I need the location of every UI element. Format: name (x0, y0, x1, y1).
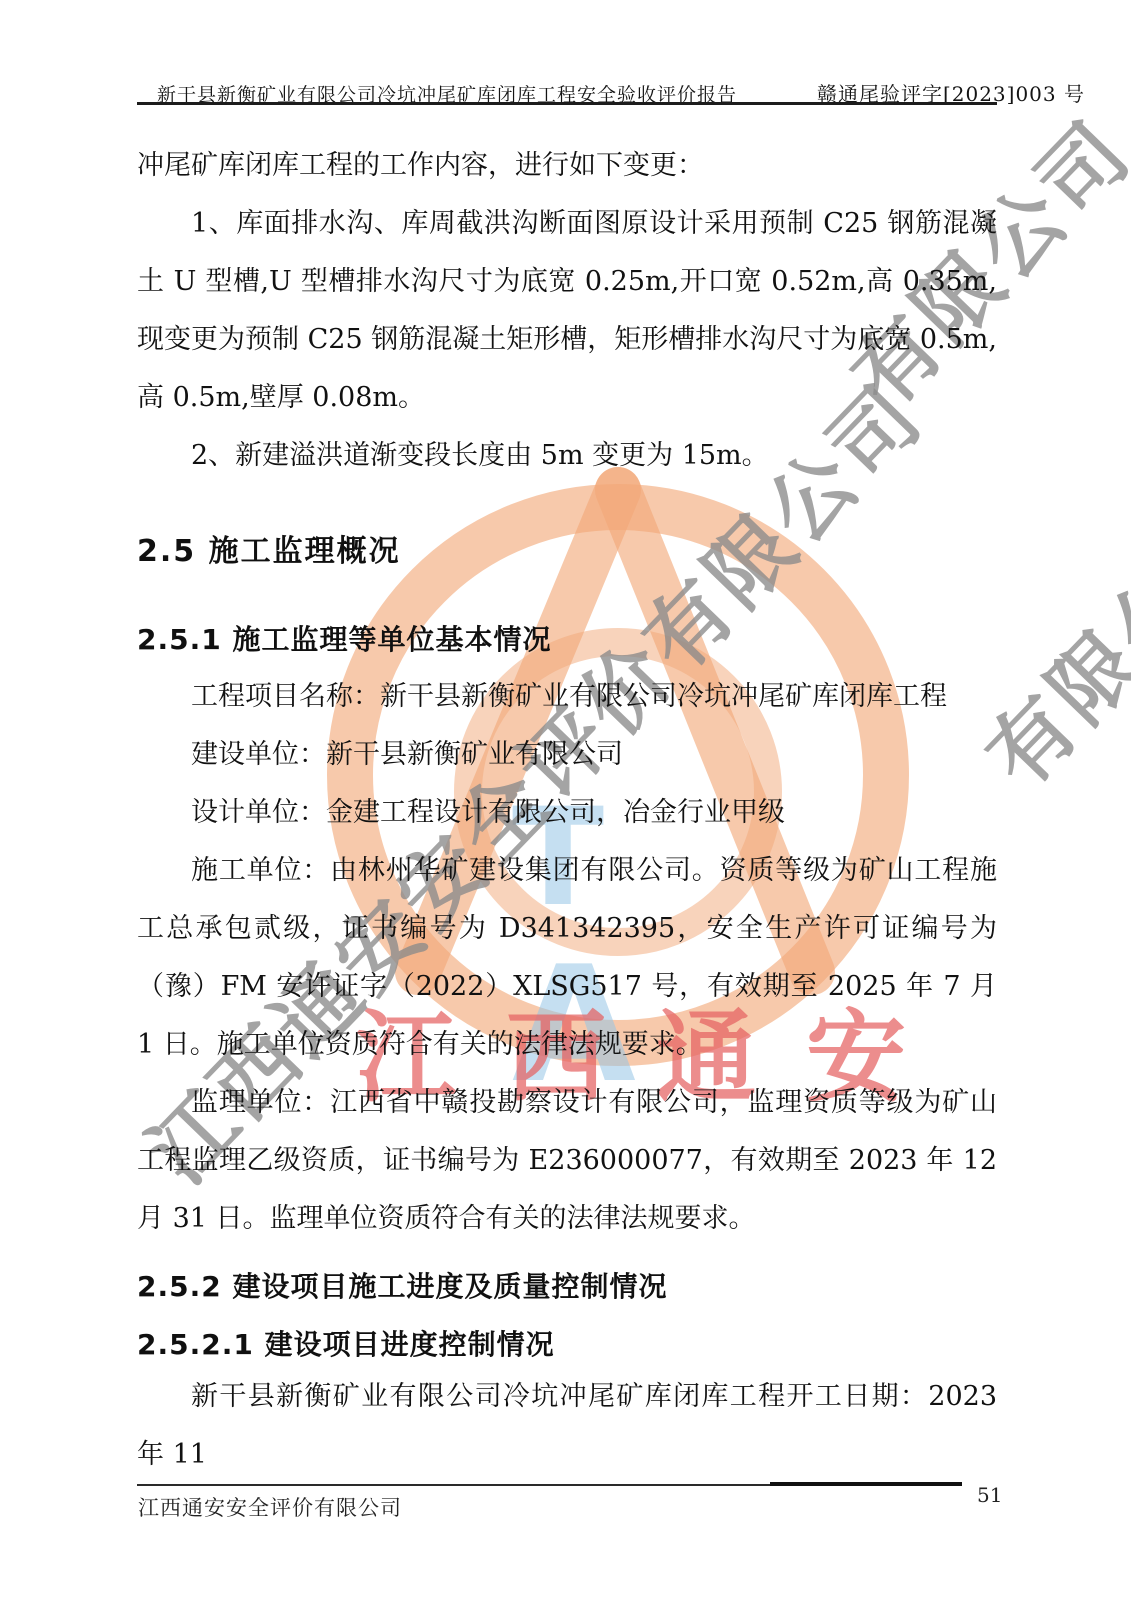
paragraph: 建设单位：新干县新衡矿业有限公司 (137, 726, 997, 784)
footer-page-number: 51 (977, 1483, 1002, 1507)
paragraph: 冲尾矿库闭库工程的工作内容，进行如下变更： (137, 137, 997, 195)
header-rule (137, 102, 997, 105)
paragraph: 设计单位：金建工程设计有限公司，冶金行业甲级 (137, 784, 997, 842)
paragraph: 监理单位：江西省中赣投勘察设计有限公司，监理资质等级为矿山工程监理乙级资质，证书… (137, 1074, 997, 1248)
paragraph: 1、库面排水沟、库周截洪沟断面图原设计采用预制 C25 钢筋混凝土 U 型槽,U… (137, 195, 997, 427)
heading-2-5-2: 2.5.2 建设项目施工进度及质量控制情况 (137, 1265, 667, 1305)
paragraph: 2、新建溢洪道渐变段长度由 5m 变更为 15m。 (137, 427, 997, 485)
paragraph: 新干县新衡矿业有限公司冷坑冲尾矿库闭库工程开工日期：2023 年 11 (137, 1368, 997, 1484)
report-page: T A 江西通安安全评价有限公司 有限公司 有限公司 江西通安 新干县新衡矿业有… (0, 0, 1131, 1600)
paragraph: 施工单位：由林州华矿建设集团有限公司。资质等级为矿山工程施工总承包贰级，证书编号… (137, 842, 997, 1074)
paragraph: 工程项目名称：新干县新衡矿业有限公司冷坑冲尾矿库闭库工程 (137, 668, 997, 726)
footer-company-name: 江西通安安全评价有限公司 (138, 1492, 402, 1522)
heading-2-5: 2.5 施工监理概况 (137, 526, 401, 570)
heading-2-5-1: 2.5.1 施工监理等单位基本情况 (137, 618, 551, 658)
heading-2-5-2-1: 2.5.2.1 建设项目进度控制情况 (137, 1323, 555, 1363)
